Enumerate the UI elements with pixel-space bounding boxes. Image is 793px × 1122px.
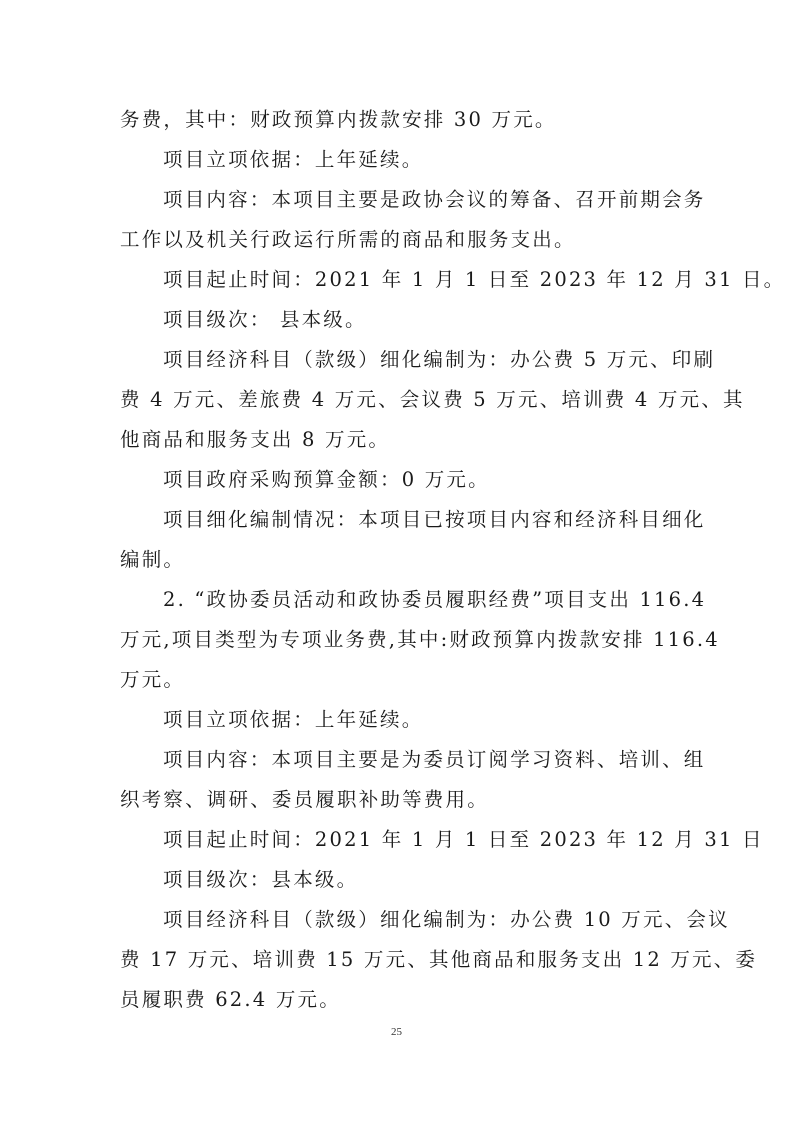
text-line-content-2: 项目内容：本项目主要是为委员订阅学习资料、培训、组: [163, 748, 706, 772]
text-line-period: 项目起止时间：2021 年 1 月 1 日至 2023 年 12 月 31 日。: [163, 268, 785, 292]
document-page: 务费，其中：财政预算内拨款安排 30 万元。 项目立项依据：上年延续。 项目内容…: [0, 0, 793, 1122]
text-line-period-2: 项目起止时间：2021 年 1 月 1 日至 2023 年 12 月 31 日: [163, 828, 764, 852]
text-line-project2-heading-cont2: 万元。: [120, 668, 185, 692]
text-line-project2-heading-cont: 万元,项目类型为专项业务费,其中:财政预算内拨款安排 116.4: [120, 628, 720, 652]
text-line-economic-items-2: 项目经济科目（款级）细化编制为：办公费 10 万元、会议: [163, 908, 730, 932]
text-line-economic-items-cont2: 他商品和服务支出 8 万元。: [120, 428, 390, 452]
text-line-basis-2: 项目立项依据：上年延续。: [163, 708, 423, 732]
text-line-breakdown-cont: 编制。: [120, 548, 185, 572]
text-line-economic-items-2-cont: 费 17 万元、培训费 15 万元、其他商品和服务支出 12 万元、委: [120, 948, 757, 972]
text-line-content-cont: 工作以及机关行政运行所需的商品和服务支出。: [120, 228, 576, 252]
text-line-basis: 项目立项依据：上年延续。: [163, 148, 423, 172]
text-line-level-2: 项目级次：县本级。: [163, 868, 358, 892]
text-line-breakdown: 项目细化编制情况：本项目已按项目内容和经济科目细化: [163, 508, 706, 532]
text-line-project2-heading: 2. “政协委员活动和政协委员履职经费”项目支出 116.4: [163, 588, 706, 612]
text-line-content: 项目内容：本项目主要是政协会议的筹备、召开前期会务: [163, 188, 706, 212]
text-line-economic-items-cont: 费 4 万元、差旅费 4 万元、会议费 5 万元、培训费 4 万元、其: [120, 388, 745, 412]
text-line-content-2-cont: 织考察、调研、委员履职补助等费用。: [120, 788, 489, 812]
text-line-level: 项目级次： 县本级。: [163, 308, 367, 332]
text-line-economic-items-2-cont2: 员履职费 62.4 万元。: [120, 988, 341, 1012]
text-line-economic-items: 项目经济科目（款级）细化编制为：办公费 5 万元、印刷: [163, 348, 715, 372]
page-number: 25: [0, 1026, 793, 1038]
text-line-procurement: 项目政府采购预算金额：0 万元。: [163, 468, 490, 492]
text-line-continuation: 务费，其中：财政预算内拨款安排 30 万元。: [120, 108, 557, 132]
